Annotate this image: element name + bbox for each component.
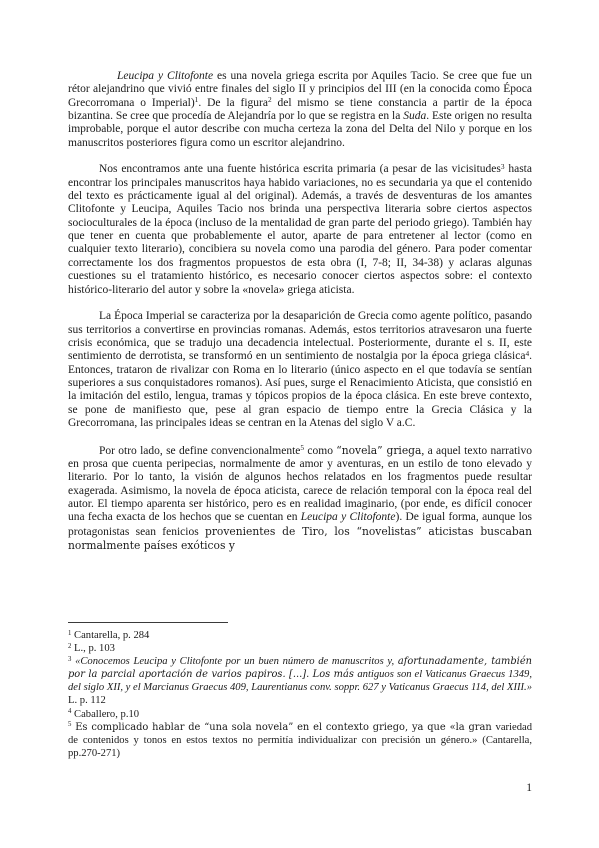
text-run: Cantarella, p. 284	[71, 630, 149, 641]
text-run: L. p. 112	[68, 695, 106, 706]
text-run: Leucipa y Clitofonte	[117, 70, 213, 82]
text-run: . De la figura	[198, 97, 268, 109]
text-run: Nos encontramos ante una fuente históric…	[99, 163, 501, 175]
footnotes-section: 1 Cantarella, p. 2842 L., p. 1033 «Conoc…	[68, 622, 532, 760]
footnote-ref-superscript: 1	[195, 95, 199, 104]
footnote-5: 5 Es complicado hablar de “una sola nove…	[68, 721, 532, 760]
footnote-marker: 1	[68, 630, 71, 637]
text-run: “novela” griega	[336, 444, 421, 457]
footnote-3: 3 «Conocemos Leucipa y Clitofonte por un…	[68, 655, 532, 707]
page-number: 1	[512, 782, 532, 794]
footnote-ref-superscript: 2	[268, 95, 272, 104]
text-run: como	[304, 445, 336, 457]
footnote-ref-superscript: 5	[300, 443, 304, 452]
text-run: Caballero, p.10	[71, 709, 139, 720]
text-run: «Conocemos Leucipa y Clitofonte por un b…	[71, 656, 397, 667]
footnote-ref-superscript: 4	[525, 349, 529, 358]
text-run: Suda	[403, 110, 426, 122]
footnote-marker: 2	[68, 643, 71, 650]
paragraph-2: Nos encontramos ante una fuente históric…	[68, 163, 532, 296]
footnote-marker: 4	[68, 708, 71, 715]
paragraph-4: Por otro lado, se define convencionalmen…	[68, 444, 532, 554]
paragraph-1: Leucipa y Clitofonte es una novela grieg…	[68, 70, 532, 150]
text-run: Por otro lado, se define convencionalmen…	[99, 445, 300, 457]
footnote-marker: 3	[68, 656, 71, 663]
footnote-marker: 5	[68, 721, 71, 728]
footnote-4: 4 Caballero, p.10	[68, 708, 532, 721]
footnote-list: 1 Cantarella, p. 2842 L., p. 1033 «Conoc…	[68, 629, 532, 760]
document-page: Leucipa y Clitofonte es una novela grieg…	[0, 0, 599, 848]
footnote-2: 2 L., p. 103	[68, 642, 532, 655]
text-run: Es complicado hablar de “una sola novela…	[71, 722, 495, 733]
text-run: Leucipa y Clitofonte	[301, 511, 396, 523]
footnote-ref-superscript: 3	[501, 162, 505, 171]
paragraph-3: La Época Imperial se caracteriza por la …	[68, 310, 532, 430]
footnote-1: 1 Cantarella, p. 284	[68, 629, 532, 642]
document-body: Leucipa y Clitofonte es una novela grieg…	[68, 70, 532, 620]
text-run: La Época Imperial se caracteriza por la …	[68, 310, 532, 362]
footnote-separator	[68, 622, 228, 623]
text-run: L., p. 103	[71, 643, 115, 654]
text-run: hasta encontrar los principales manuscri…	[68, 163, 532, 295]
